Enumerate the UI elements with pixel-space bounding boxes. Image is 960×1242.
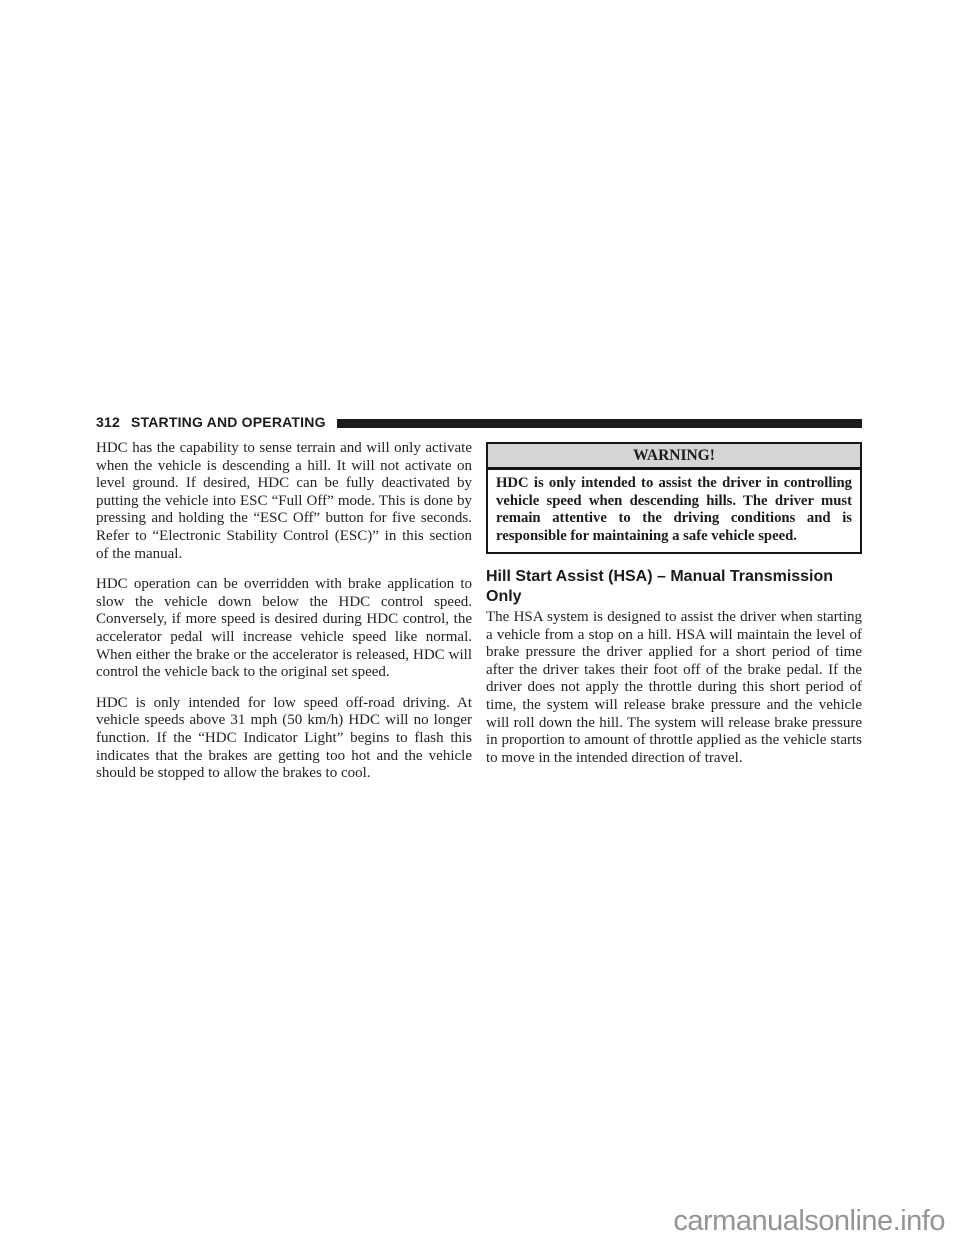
manual-page: 312 STARTING AND OPERATING HDC has the c…	[0, 0, 960, 1242]
hsa-section-heading: Hill Start Assist (HSA) – Manual Transmi…	[486, 567, 862, 606]
warning-title: WARNING!	[488, 444, 860, 470]
watermark-carmanualsonline: carmanualsonline.info	[673, 1205, 945, 1238]
right-column: WARNING! HDC is only intended to assist …	[486, 440, 862, 796]
paragraph-hsa-body: The HSA system is designed to assist the…	[486, 609, 862, 767]
warning-body-text: HDC is only intended to assist the drive…	[488, 470, 860, 552]
page-number: 312	[96, 414, 120, 430]
left-column: HDC has the capability to sense terrain …	[96, 440, 472, 796]
paragraph-hdc-low-speed: HDC is only intended for low speed off-r…	[96, 695, 472, 783]
page-header: 312 STARTING AND OPERATING	[96, 414, 862, 430]
paragraph-hdc-activation: HDC has the capability to sense terrain …	[96, 440, 472, 563]
section-title: STARTING AND OPERATING	[131, 414, 326, 430]
header-rule-bar	[337, 419, 862, 428]
warning-box: WARNING! HDC is only intended to assist …	[486, 442, 862, 554]
paragraph-hdc-override: HDC operation can be overridden with bra…	[96, 576, 472, 682]
two-column-layout: HDC has the capability to sense terrain …	[96, 440, 862, 796]
